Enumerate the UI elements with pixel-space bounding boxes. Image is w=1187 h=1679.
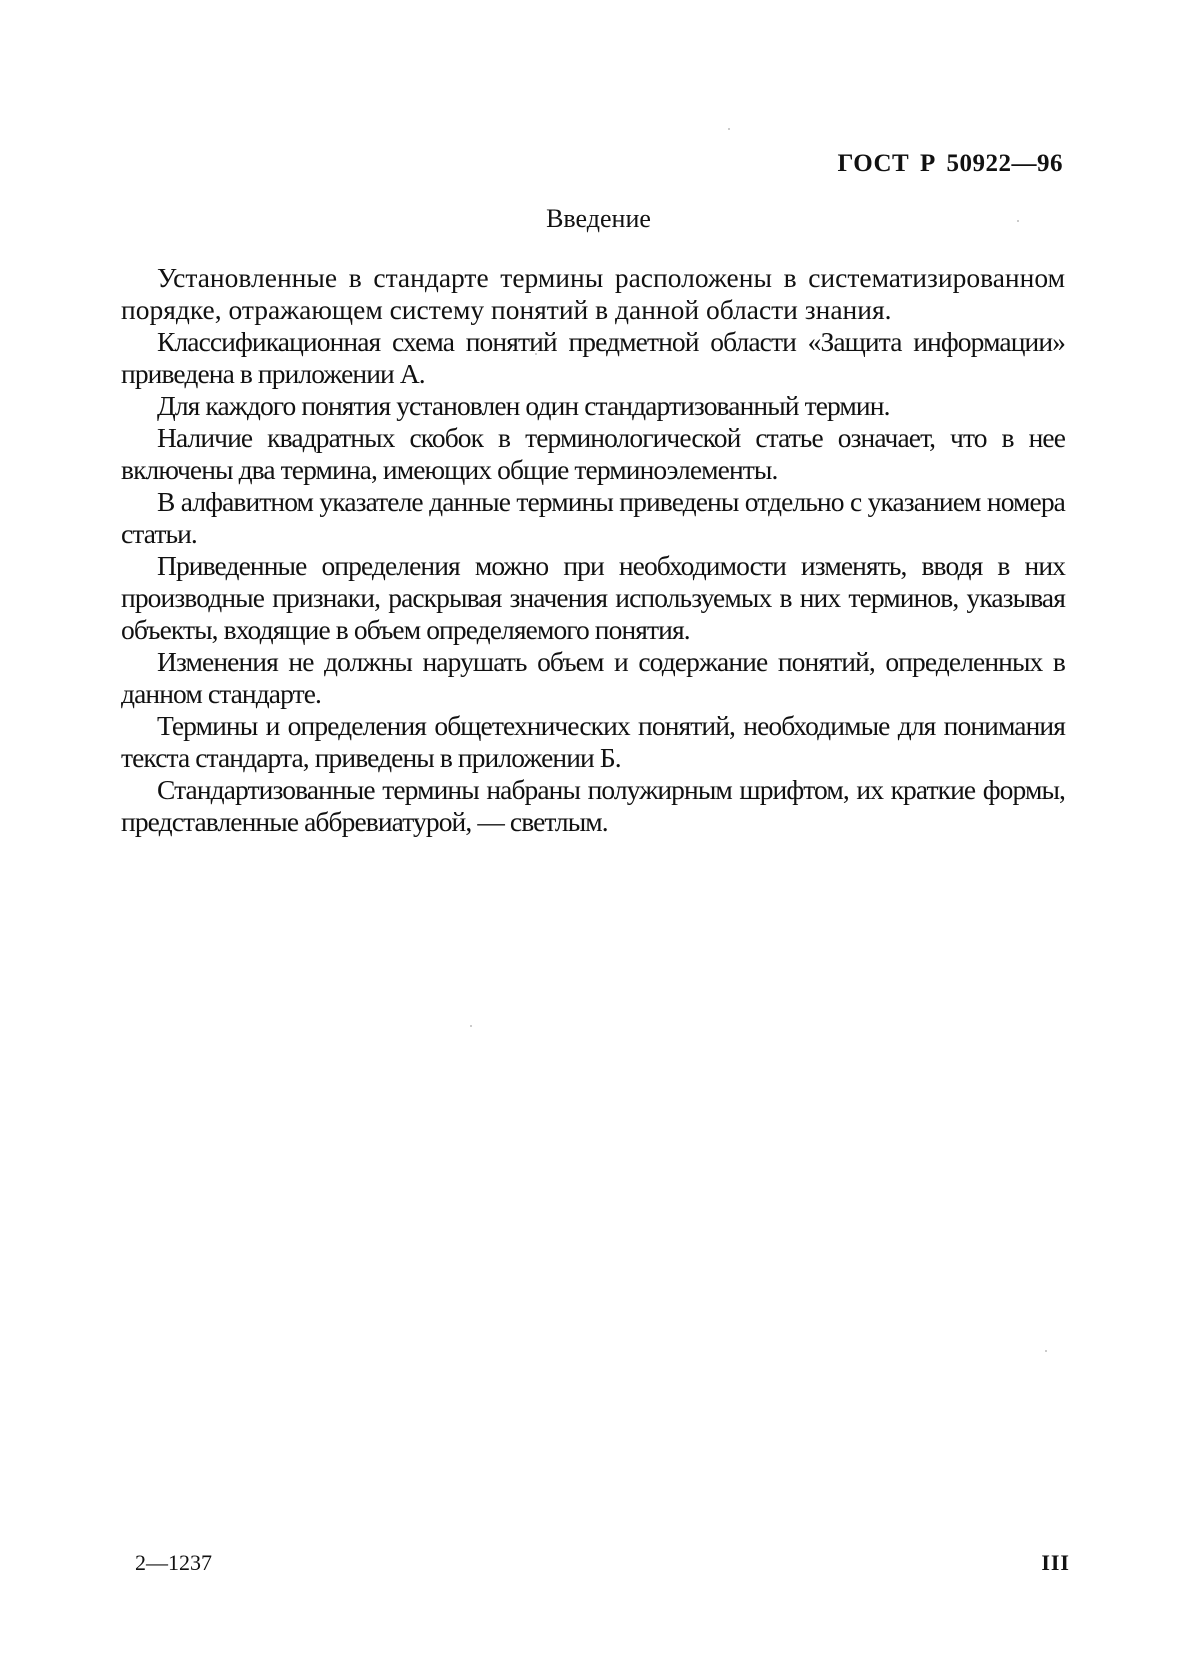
scan-speck	[1017, 220, 1019, 222]
paragraph-definitions-change: Приведенные определения можно при необхо…	[121, 550, 1065, 646]
scan-speck	[1045, 1350, 1047, 1352]
paragraph-changes-restriction: Изменения не должны нарушать объем и сод…	[121, 646, 1065, 710]
paragraph-classification-scheme: Классификационная схема понятий предметн…	[121, 326, 1065, 390]
print-mark: 2—1237	[135, 1550, 212, 1576]
page-number: III	[1041, 1550, 1070, 1576]
paragraph-alphabetical-index: В алфавитном указателе данные термины пр…	[121, 486, 1065, 550]
paragraph-typography: Стандартизованные термины набраны полужи…	[121, 774, 1065, 838]
paragraph-square-brackets: Наличие квадратных скобок в терминологич…	[121, 422, 1065, 486]
section-title: Введение	[0, 204, 1187, 234]
scan-speck	[728, 128, 730, 130]
standard-code-header: ГОСТ Р 50922—96	[837, 150, 1063, 178]
introduction-body: Установленные в стандарте термины распол…	[121, 262, 1065, 838]
scan-speck	[535, 353, 537, 355]
paragraph-one-term: Для каждого понятия установлен один стан…	[121, 390, 1065, 422]
scan-speck	[470, 1025, 472, 1027]
paragraph-terms-order: Установленные в стандарте термины распол…	[121, 262, 1065, 326]
paragraph-appendix-b: Термины и определения общетехнических по…	[121, 710, 1065, 774]
document-page: ГОСТ Р 50922—96 Введение Установленные в…	[0, 0, 1187, 1679]
